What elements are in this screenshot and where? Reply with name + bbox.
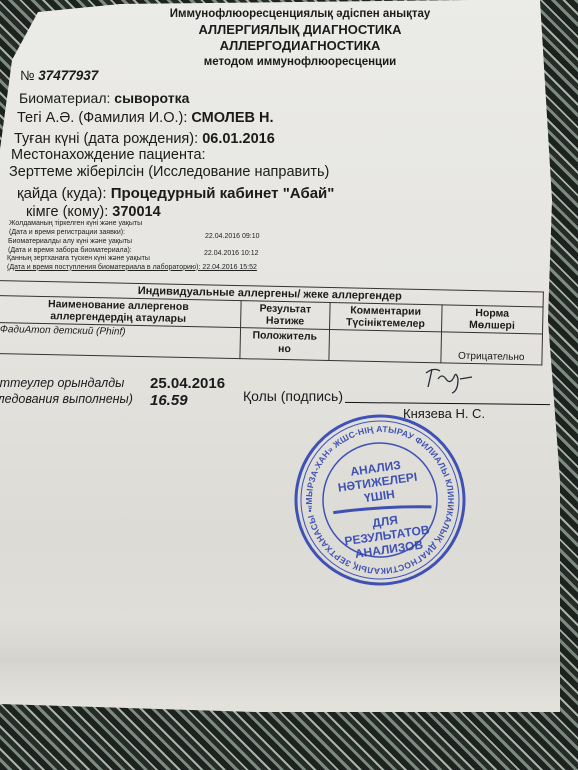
completion-label-kz: Зерттеулер орындалды	[0, 376, 124, 390]
cell-comment	[329, 329, 441, 362]
timestamp-received-label-ru: (Дата и время поступления биоматериала в…	[7, 264, 200, 271]
dob-value: 06.01.2016	[202, 131, 275, 147]
allergen-results-table: Индивидуальные аллергены/ жеке аллергенд…	[0, 280, 544, 365]
biomaterial-field: Биоматериал: сыворотка	[19, 90, 189, 106]
handwritten-signature-icon	[420, 365, 490, 395]
order-number: № 37477937	[20, 68, 98, 83]
cell-norm: Отрицательно	[440, 332, 542, 365]
col-header-result: Результат Нәтиже	[240, 301, 330, 330]
timestamp-registration-label-ru: (Дата и время регистрации заявки):	[9, 229, 309, 238]
completion-date: 25.04.2016	[150, 375, 225, 392]
laboratory-stamp-icon: «МЫРЗА-ХАН» ЖШС-НІҢ АТЫРАУ ФИЛИАЛЫ КЛИНИ…	[290, 410, 470, 590]
timestamp-collection-label-kz: Биоматериалды алу күні және уақыты	[8, 238, 308, 247]
cell-result: Положитель но	[240, 328, 330, 361]
header-line-2: АЛЛЕРГИЯЛЫҚ ДИАГНОСТИКА	[150, 22, 450, 38]
order-number-value: 37477937	[38, 68, 98, 83]
dob-label: Туған күні (дата рождения):	[14, 131, 198, 147]
referral-field: Зерттеме жіберілсін (Исследование направ…	[9, 164, 329, 180]
col-header-norm: Норма Мөлшері	[441, 305, 543, 334]
header-line-1: Иммунофлюоресценциялық әдіспен анықтау	[150, 6, 450, 22]
recipient-value: 370014	[112, 204, 160, 220]
patient-name-field: Тегі А.Ә. (Фамилия И.О.): СМОЛЕВ Н.	[17, 110, 274, 126]
timestamp-registration: Жолдаманың тіркелген күні және уақыты (Д…	[9, 220, 309, 237]
destination-value: Процедурный кабинет "Абай"	[111, 185, 335, 202]
timestamp-received: Қанның зертханаға түскен күні және уақыт…	[7, 255, 307, 272]
patient-location-label: Местонахождение пациента:	[11, 147, 206, 163]
destination-label: қайда (куда):	[17, 185, 107, 202]
patient-name-label: Тегі А.Ә. (Фамилия И.О.):	[17, 110, 187, 126]
patient-location-field: Местонахождение пациента:	[11, 147, 206, 163]
header-line-4: методом иммунофлюоресценции	[150, 54, 450, 70]
completion-label-ru: (Исследования выполнены)	[0, 392, 133, 406]
referral-label: Зерттеме жіберілсін (Исследование направ…	[9, 164, 329, 180]
biomaterial-label: Биоматериал:	[19, 90, 110, 106]
signature-label: Қолы (подпись)	[243, 388, 343, 404]
col-comment-kz: Түсініктемелер	[334, 316, 437, 330]
cell-allergen: ФадиАтоп детский (Phinf)	[0, 323, 240, 359]
col-header-comment: Комментарии Түсініктемелер	[329, 303, 441, 332]
recipient-field: кімге (кому): 370014	[26, 204, 161, 220]
destination-field: қайда (куда): Процедурный кабинет "Абай"	[17, 185, 334, 202]
dob-field: Туған күні (дата рождения): 06.01.2016	[14, 131, 275, 147]
order-number-label: №	[20, 68, 34, 83]
timestamp-registration-label-kz: Жолдаманың тіркелген күні және уақыты	[9, 220, 309, 229]
stamp-text-kz-3: ҮШІН	[363, 487, 395, 505]
col-norm-kz: Мөлшері	[446, 318, 539, 332]
completion-time: 16.59	[150, 392, 188, 409]
timestamp-received-label-kz: Қанның зертханаға түскен күні және уақыт…	[7, 255, 307, 264]
patient-name-value: СМОЛЕВ Н.	[191, 110, 273, 126]
recipient-label: кімге (кому):	[26, 204, 108, 220]
col-result-kz: Нәтиже	[245, 314, 325, 328]
header-line-3: АЛЛЕРГОДИАГНОСТИКА	[150, 38, 450, 54]
report-header: Иммунофлюоресценциялық әдіспен анықтау А…	[150, 6, 450, 70]
biomaterial-value: сыворотка	[114, 90, 189, 106]
timestamp-collection: Биоматериалды алу күні және уақыты (Дата…	[8, 238, 308, 255]
timestamp-collection-label-ru: (Дата и время забора биоматериала):	[8, 247, 308, 256]
timestamp-received-value: 22.04.2016 15:52	[202, 264, 257, 271]
